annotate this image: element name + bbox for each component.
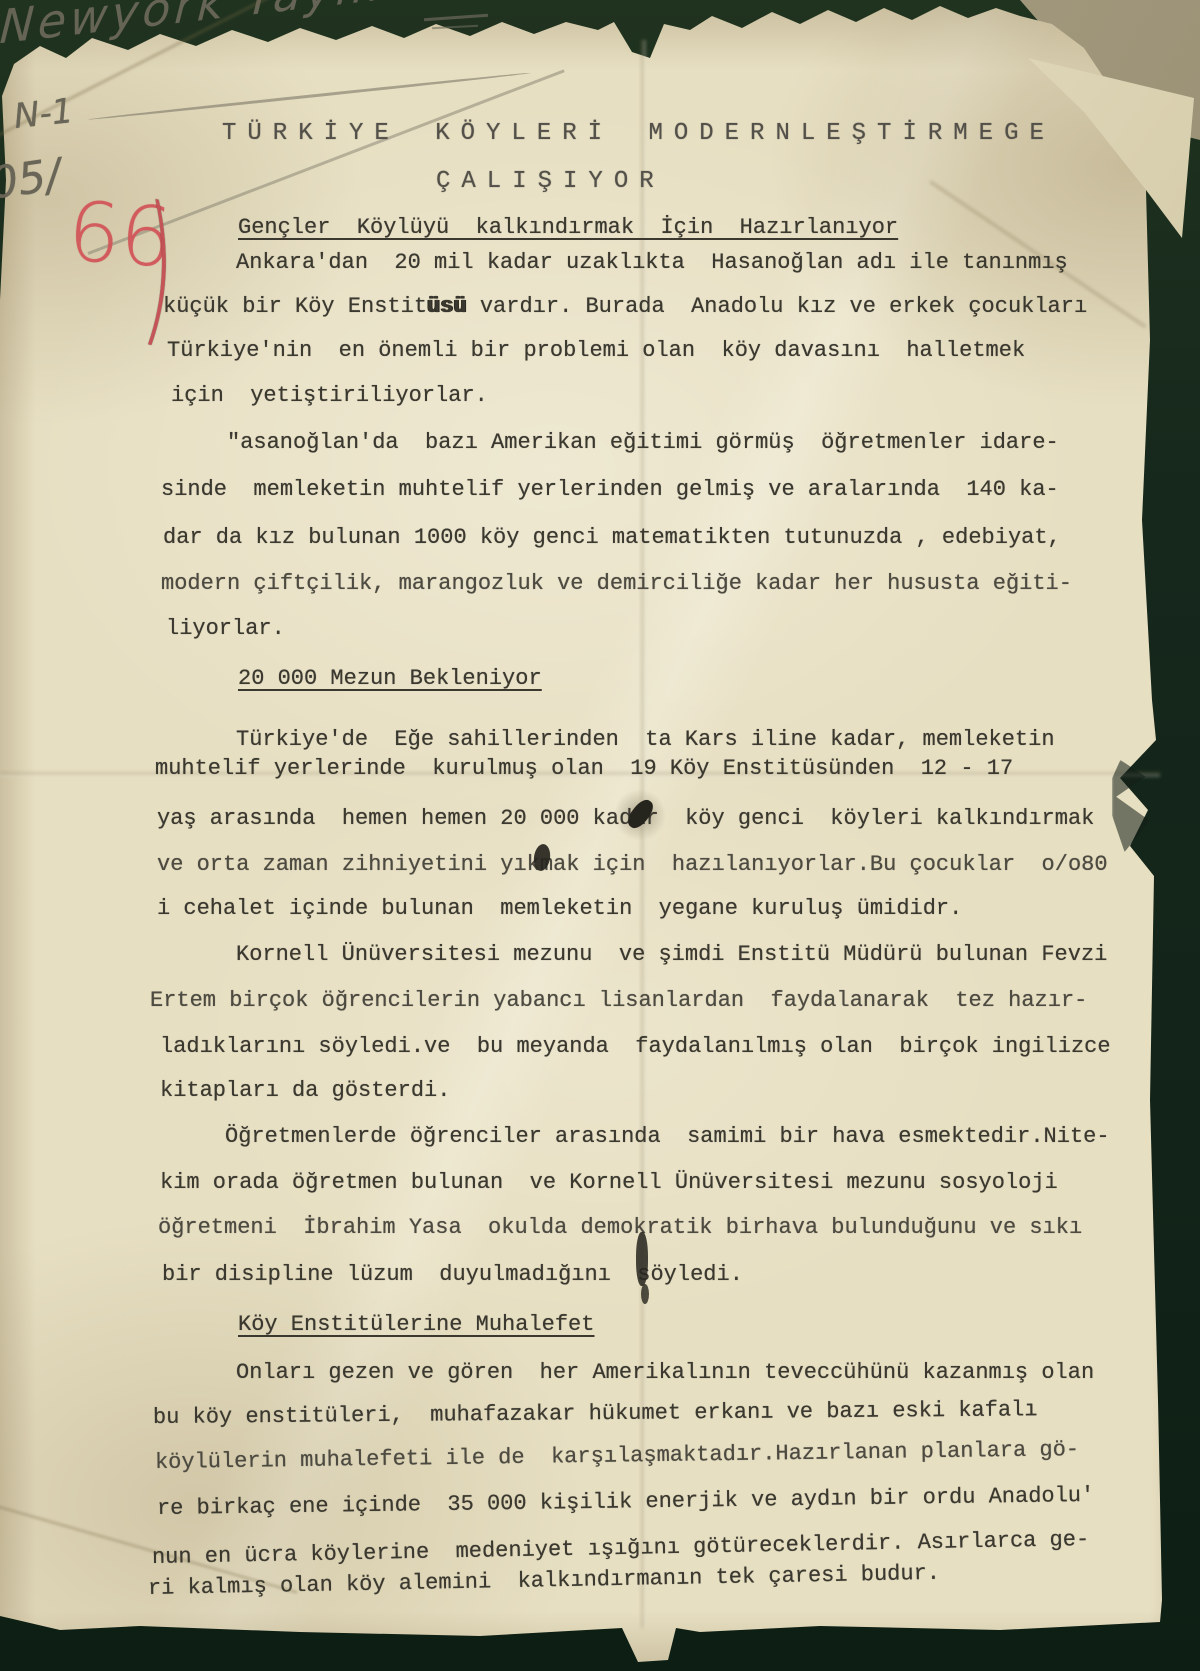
typed-line: Türkiye'de Eğe sahillerinden ta Kars ili… [236, 727, 1055, 752]
typed-line: Onları gezen ve gören her Amerikalının t… [236, 1360, 1094, 1385]
section-heading-1: Gençler Köylüyü kalkındırmak İçin Hazırl… [238, 215, 898, 240]
ink-blot [641, 1284, 649, 1304]
typed-line: kitapları da gösterdi. [160, 1078, 450, 1103]
typed-line: Türkiye'nin en önemli bir problemi olan … [167, 338, 1025, 363]
overtyped-segment: üsü [427, 294, 467, 319]
typed-line: sinde memleketin muhtelif yerlerinden ge… [161, 477, 1059, 502]
margin-pencil-number: 05/ [0, 149, 64, 209]
typed-line: Öğretmenlerde öğrenciler arasında samimi… [225, 1124, 1110, 1149]
typed-line: ve orta zaman zihniyetini yıkmak için ha… [157, 852, 1108, 877]
typed-line: yaş arasında hemen hemen 20 000 kadar kö… [157, 806, 1094, 831]
document-title-line1: TÜRKİYE KÖYLERİ MODERNLEŞTİRMEGE [222, 120, 1055, 147]
section-heading-2: 20 000 Mezun Bekleniyor [238, 666, 542, 691]
typed-line: öğretmeni İbrahim Yasa okulda demokratik… [158, 1215, 1082, 1240]
typed-segment: vardır. Burada Anadolu kız ve erkek çocu… [467, 294, 1088, 319]
typed-line: muhtelif yerlerinde kurulmuş olan 19 Köy… [155, 756, 1013, 781]
pencil-scribble [424, 14, 488, 21]
typed-line: ladıklarını söyledi.ve bu meyanda faydal… [160, 1034, 1111, 1059]
typed-line: küçük bir Köy Enstitüsü vardır. Burada A… [163, 294, 1087, 319]
typed-line: Ankara'dan 20 mil kadar uzaklıkta Hasano… [236, 250, 1068, 275]
typed-line: modern çiftçilik, marangozluk ve demirci… [161, 571, 1072, 596]
typed-line: liyorlar. [166, 616, 285, 641]
typed-line: i cehalet içinde bulunan memleketin yega… [157, 896, 962, 921]
typed-line: için yetiştiriliyorlar. [171, 383, 488, 408]
typed-line: kim orada öğretmen bulunan ve Kornell Ün… [160, 1170, 1058, 1195]
document-title-line2: ÇALIŞIYOR [436, 168, 665, 195]
typed-segment: küçük bir Köy Enstit [163, 294, 427, 319]
ink-blot [636, 1232, 648, 1286]
typed-line: Kornell Ünüversitesi mezunu ve şimdi Ens… [236, 942, 1107, 967]
typed-line: "asanoğlan'da bazı Amerikan eğitimi görm… [227, 430, 1059, 455]
typed-line: dar da kız bulunan 1000 köy genci matema… [163, 525, 1061, 550]
typed-line: Ertem birçok öğrencilerin yabancı lisanl… [150, 988, 1087, 1013]
section-heading-3: Köy Enstitülerine Muhalefet [238, 1312, 594, 1337]
margin-code: N-1 [12, 91, 75, 137]
typed-line: bir disipline lüzum duyulmadığını söyled… [162, 1262, 743, 1287]
scanned-document-page: { "annotations": { "source_note": "Newyo… [0, 0, 1200, 1671]
